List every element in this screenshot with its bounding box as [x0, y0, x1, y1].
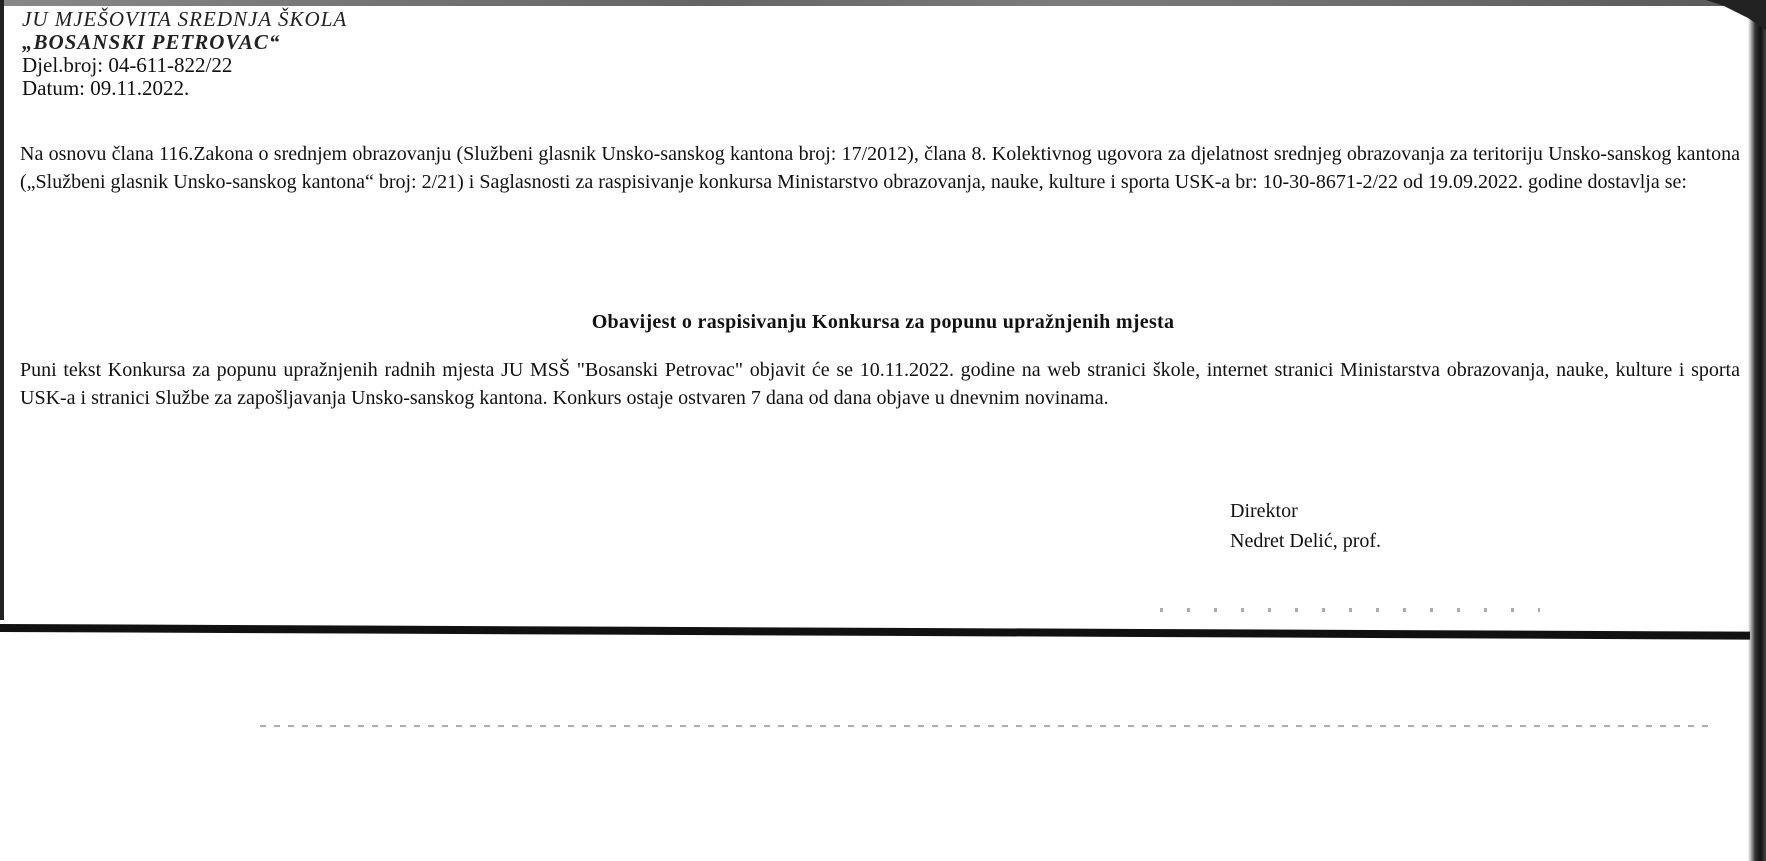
scan-right-edge — [1748, 0, 1766, 861]
page-separator — [0, 624, 1750, 640]
stamp-dots — [1160, 608, 1540, 612]
intro-paragraph: Na osnovu člana 116.Zakona o srednjem ob… — [20, 140, 1740, 196]
signature-name: Nedret Delić, prof. — [1230, 526, 1381, 556]
body-paragraph: Puni tekst Konkursa za popunu upražnjeni… — [20, 356, 1740, 412]
institution-name: JU MJEŠOVITA SREDNJA ŠKOLA — [22, 8, 347, 31]
document-header: JU MJEŠOVITA SREDNJA ŠKOLA „BOSANSKI PET… — [22, 8, 347, 100]
document-date: Datum: 09.11.2022. — [22, 77, 347, 100]
reference-number: Djel.broj: 04-611-822/22 — [22, 54, 347, 77]
institution-name-quoted: „BOSANSKI PETROVAC“ — [22, 31, 347, 54]
faint-scan-line — [260, 725, 1710, 727]
scan-top-edge — [0, 0, 1766, 6]
signature-role: Direktor — [1230, 496, 1381, 526]
body-paragraph-duration: Konkurs ostaje ostvaren 7 dana od dana o… — [553, 387, 1109, 409]
notice-title: Obavijest o raspisivanju Konkursa za pop… — [0, 311, 1766, 334]
scan-left-edge — [0, 0, 4, 620]
signature-block: Direktor Nedret Delić, prof. — [1230, 496, 1381, 556]
